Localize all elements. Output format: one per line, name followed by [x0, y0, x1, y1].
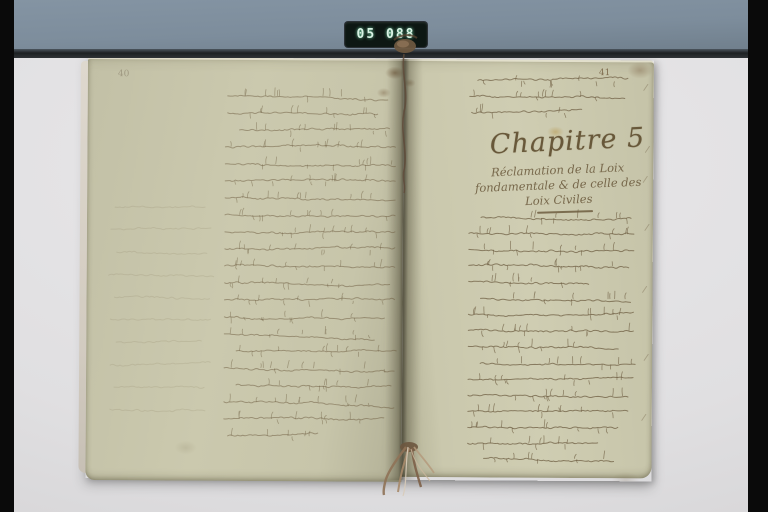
frame-counter-value: 05 088 — [357, 27, 416, 42]
manuscript-spread: 40 41 Chapitre 5 Réclamation de la Loix … — [85, 57, 654, 481]
page-number-right: 41 — [599, 68, 611, 78]
film-edge-left — [0, 0, 14, 512]
archival-photo: 05 088 40 41 Chapitre 5 Réclamation de l… — [0, 0, 768, 512]
chapter-subtitle: Réclamation de la Loix fondamentale & de… — [462, 159, 654, 211]
chapter-heading: Chapitre 5 — [475, 122, 660, 161]
manuscript-right-page: 41 Chapitre 5 Réclamation de la Loix fon… — [401, 59, 654, 479]
film-edge-right — [748, 0, 768, 512]
scanner-bar-edge — [0, 49, 768, 58]
heading-underline-flourish — [537, 210, 593, 214]
frame-counter-display: 05 088 — [345, 22, 427, 47]
manuscript-left-page: 40 — [85, 57, 404, 482]
page-number-left: 40 — [118, 69, 130, 79]
